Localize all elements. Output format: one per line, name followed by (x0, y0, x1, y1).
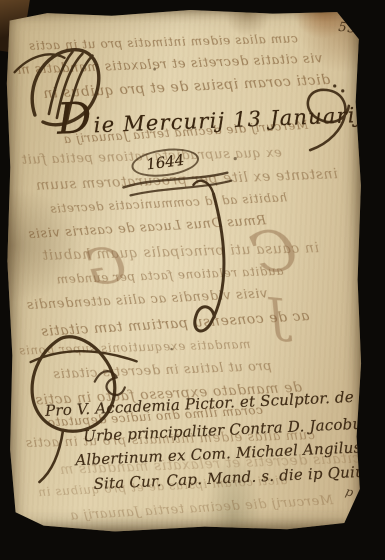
folio-number: 53 (338, 20, 358, 37)
manuscript-page: cum alias eidem intimatis pro ut in acti… (4, 8, 366, 533)
small-ink-mark (95, 371, 125, 395)
photo-backdrop: cum alias eidem intimatis pro ut in acti… (0, 0, 385, 560)
recto-ink-layer: 53 Die Mercurij 13 Januarij 1644 Pro V. … (4, 8, 366, 533)
body-text-block: Pro V. Accademia Pictor. et Sculptor. de… (4, 8, 362, 10)
central-flourish (193, 181, 224, 331)
